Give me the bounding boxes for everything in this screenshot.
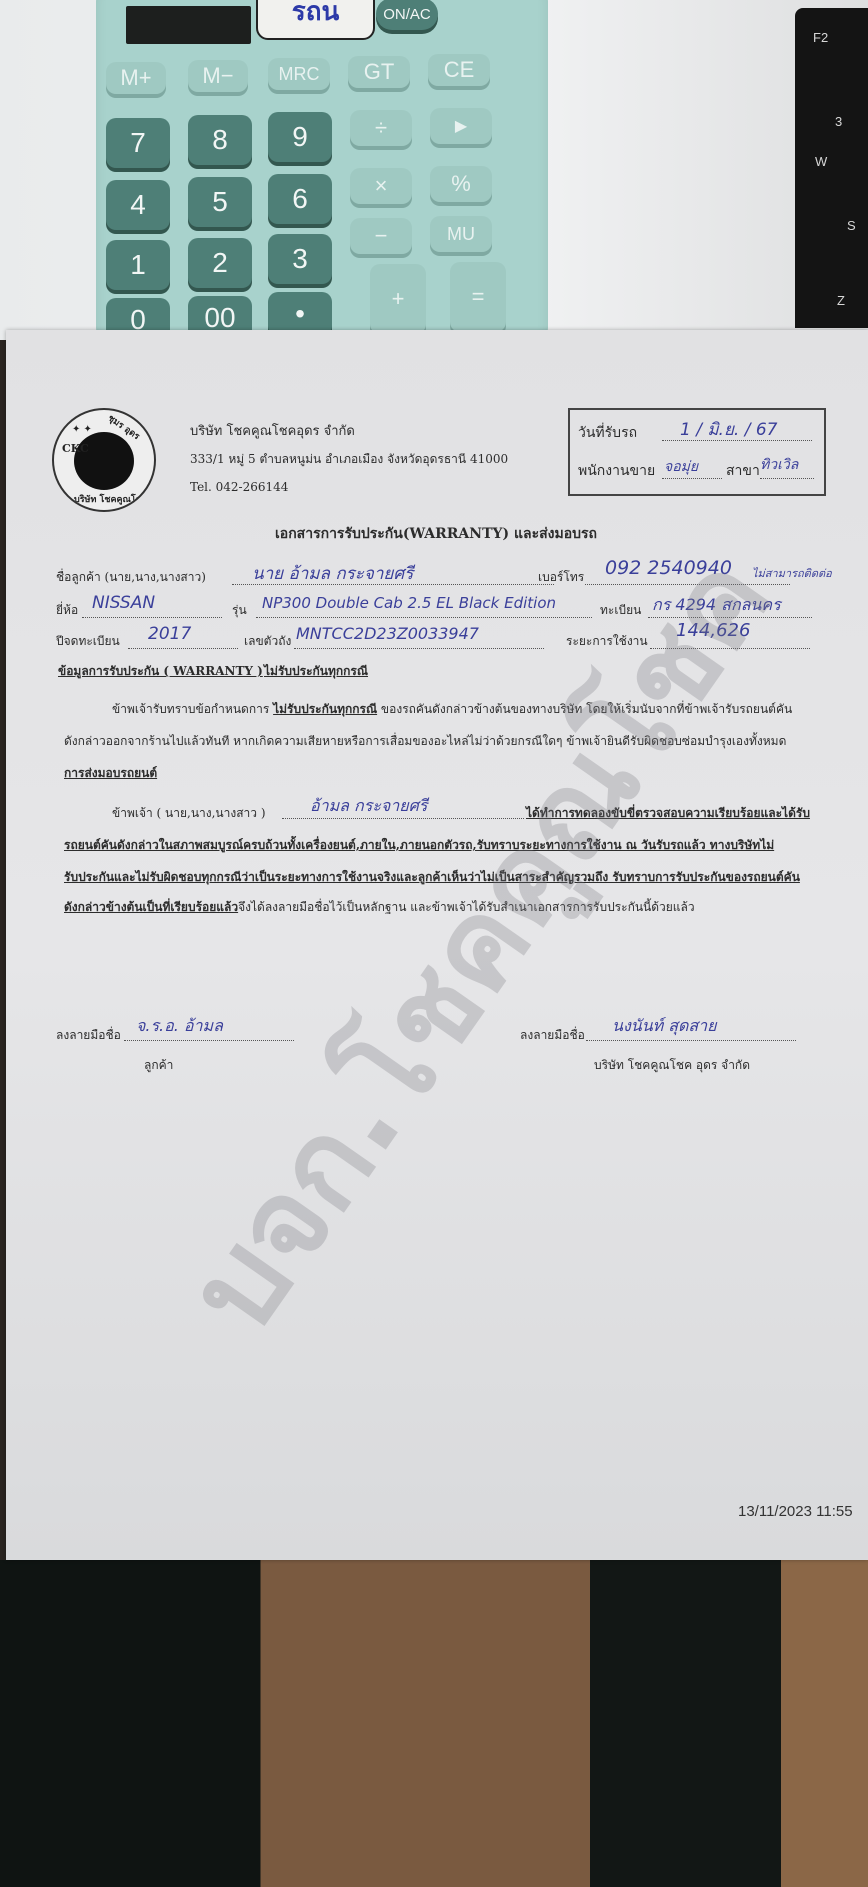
company-tel: Tel. 042-266144 bbox=[190, 480, 288, 494]
reg-year-label: ปีจดทะเบียน bbox=[56, 632, 120, 651]
brand-label: ยี่ห้อ bbox=[56, 601, 78, 620]
calc-key-1: 1 bbox=[106, 240, 170, 290]
calculator: รถน ON/AC M+ M− MRC GT CE 7 8 9 ÷ ▶ 4 5 … bbox=[96, 0, 548, 350]
calc-key-3: 3 bbox=[268, 234, 332, 284]
document-title: เอกสารการรับประกัน(WARRANTY) และส่งมอบรถ bbox=[275, 523, 597, 545]
company-signature: นงนันท์ สุดสาย bbox=[612, 1014, 717, 1039]
receive-date-value: 1 / มิ.ย. / 67 bbox=[680, 416, 778, 443]
company-role: บริษัท โชคคูณโชค อุดร จำกัด bbox=[594, 1056, 750, 1075]
customer-sign-label: ลงลายมือชื่อ bbox=[56, 1026, 121, 1045]
salesperson-value: จอมุ่ย bbox=[664, 456, 698, 478]
warranty-status: ไม่รับประกันทุกกรณี bbox=[264, 662, 368, 681]
customer-signature: จ.ร.อ. อ้ามล bbox=[136, 1014, 223, 1039]
calc-key-onac: ON/AC bbox=[376, 0, 438, 30]
key-f2: F2 bbox=[813, 30, 828, 45]
calc-key-mminus: M− bbox=[188, 60, 248, 92]
calc-key-9: 9 bbox=[268, 112, 332, 162]
para1-text-a: ข้าพเจ้ารับทราบข้อกำหนดการ bbox=[112, 702, 273, 716]
phone-note: ไม่สามารถติดต่อ bbox=[752, 564, 832, 582]
calc-key-ce: CE bbox=[428, 54, 490, 86]
calc-key-plus: + bbox=[370, 264, 426, 334]
calc-key-equals: = bbox=[450, 262, 506, 332]
para2-line4-underlined: ดังกล่าวข้างต้นเป็นที่เรียบร้อยแล้ว bbox=[64, 900, 238, 914]
phone-label: เบอร์โทร bbox=[538, 568, 584, 587]
company-sign-line bbox=[586, 1040, 796, 1041]
laptop-keyboard: F2 3 W S Z bbox=[795, 8, 868, 328]
key-s: S bbox=[847, 218, 856, 233]
key-3: 3 bbox=[835, 114, 842, 129]
calc-key-mu: MU bbox=[430, 216, 492, 252]
logo-stars-icon: ✦ ✦ bbox=[72, 424, 92, 435]
key-w: W bbox=[815, 154, 827, 169]
brand-line bbox=[82, 617, 222, 618]
para2-name-value: อ้ามล กระจายศรี bbox=[310, 794, 427, 819]
calc-key-arrow: ▶ bbox=[430, 108, 492, 144]
calc-key-mrc: MRC bbox=[268, 58, 330, 90]
calc-key-minus: − bbox=[350, 218, 412, 254]
customer-label: ชื่อลูกค้า (นาย,นาง,นางสาว) bbox=[56, 568, 206, 587]
calc-key-divide: ÷ bbox=[350, 110, 412, 146]
calc-key-4: 4 bbox=[106, 180, 170, 230]
branch-value: ทิวเวิล bbox=[760, 454, 798, 476]
company-address: 333/1 หมู่ 5 ตำบลหนูม่น อำเภอเมือง จังหว… bbox=[190, 450, 508, 469]
company-logo: ✦ ✦ CKC ชุมร อุดร บริษัท โชคคูณโชค bbox=[52, 408, 156, 512]
chassis-value: MNTCC2D23Z0033947 bbox=[296, 624, 479, 643]
logo-abbr: CKC bbox=[62, 442, 89, 455]
customer-role: ลูกค้า bbox=[144, 1056, 173, 1075]
receipt-info-box: วันที่รับรถ 1 / มิ.ย. / 67 พนักงานขาย จอ… bbox=[568, 408, 826, 496]
calc-key-5: 5 bbox=[188, 177, 252, 227]
delivery-heading: การส่งมอบรถยนต์ bbox=[64, 764, 157, 783]
para1-no-warranty: ไม่รับประกันทุกกรณี bbox=[273, 702, 377, 716]
receive-date-label: วันที่รับรถ bbox=[578, 422, 637, 444]
print-timestamp: 13/11/2023 11:55 bbox=[738, 1503, 853, 1520]
calc-key-6: 6 bbox=[268, 174, 332, 224]
model-value: NP300 Double Cab 2.5 EL Black Edition bbox=[262, 594, 556, 612]
calc-key-multiply: × bbox=[350, 168, 412, 204]
calc-key-mplus: M+ bbox=[106, 62, 166, 94]
calculator-sticker: รถน bbox=[256, 0, 375, 40]
para2-lead: ข้าพเจ้า ( นาย,นาง,นางสาว ) bbox=[112, 804, 266, 823]
calculator-display bbox=[126, 6, 251, 44]
chassis-line bbox=[294, 648, 544, 649]
model-line bbox=[256, 617, 592, 618]
branch-line bbox=[760, 478, 814, 479]
salesperson-line bbox=[662, 478, 722, 479]
key-z: Z bbox=[837, 293, 845, 308]
reg-year-line bbox=[128, 648, 238, 649]
calc-key-8: 8 bbox=[188, 115, 252, 165]
model-label: รุ่น bbox=[232, 601, 247, 620]
brand-value: NISSAN bbox=[92, 593, 155, 613]
reg-year-value: 2017 bbox=[148, 624, 191, 644]
warranty-heading: ข้อมูลการรับประกัน ( WARRANTY ) bbox=[58, 662, 263, 681]
calc-key-2: 2 bbox=[188, 238, 252, 288]
calc-key-gt: GT bbox=[348, 56, 410, 88]
floor-background bbox=[0, 1560, 868, 1887]
customer-value: นาย อ้ามล กระจายศรี bbox=[252, 560, 413, 587]
calc-key-percent: % bbox=[430, 166, 492, 202]
customer-sign-line bbox=[124, 1040, 294, 1041]
salesperson-label: พนักงานขาย bbox=[578, 460, 655, 482]
calc-key-7: 7 bbox=[106, 118, 170, 168]
company-name: บริษัท โชคคูณโชคอุดร จำกัด bbox=[190, 420, 355, 441]
logo-swirl-icon bbox=[74, 432, 134, 490]
logo-ring-bottom: บริษัท โชคคูณโชค bbox=[74, 492, 148, 506]
chassis-label: เลขตัวถัง bbox=[244, 632, 291, 651]
branch-label: สาขา bbox=[726, 460, 760, 482]
